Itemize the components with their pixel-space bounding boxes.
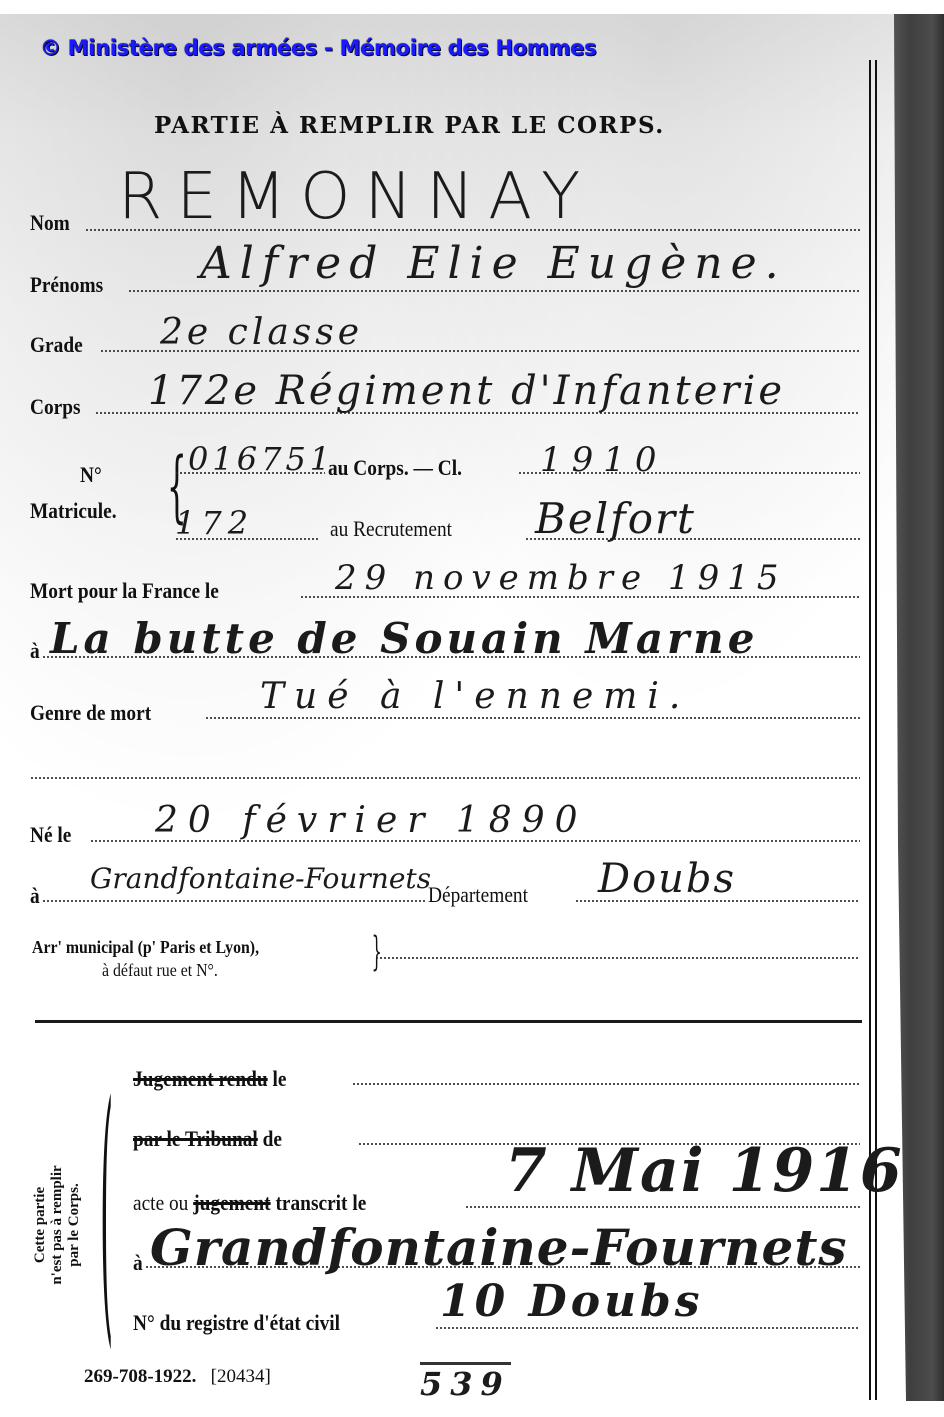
arr-brace: } (372, 932, 382, 972)
field-line-arr-municipal (375, 957, 860, 959)
label-grade: Grade (30, 332, 83, 358)
label-arr-municipal: Arr' municipal (p' Paris et Lyon), (32, 937, 259, 958)
label-au-corps: au Corps. — Cl. (328, 455, 462, 481)
value-date-naissance: 20 février 1890 (155, 800, 588, 841)
label-acte-transcrit: acte ou jugement transcrit le (133, 1190, 366, 1216)
form-title: PARTIE À REMPLIR PAR LE CORPS. (154, 112, 665, 139)
label-a-deces: à (30, 638, 40, 664)
label-registre: N° du registre d'état civil (133, 1310, 340, 1336)
field-line-prenoms (128, 290, 860, 292)
label-genre-de-mort: Genre de mort (30, 700, 151, 726)
value-date-transcription: 7 Mai 1916 (505, 1136, 904, 1206)
value-recrutement: Belfort (535, 494, 696, 543)
label-par-tribunal: par le Tribunal de (133, 1126, 282, 1152)
side-note: Cette partie n'est pas à remplir par le … (32, 1120, 83, 1330)
field-line-genre-de-mort (205, 717, 860, 719)
section-divider (35, 1020, 862, 1023)
value-registre: 10 Doubs (440, 1276, 704, 1327)
label-prenoms: Prénoms (30, 272, 103, 298)
label-no: N° (80, 462, 102, 488)
label-departement: Département (428, 882, 528, 908)
value-date-deces: 29 novembre 1915 (335, 558, 786, 598)
field-line-registre (435, 1327, 860, 1329)
field-line-jugement (352, 1083, 860, 1085)
value-classe: 1910 (540, 440, 667, 480)
value-lieu-transcription: Grandfontaine-Fournets (150, 1218, 848, 1277)
value-nom: REMONNAY (118, 160, 594, 234)
label-au-recrutement: au Recrutement (330, 516, 452, 542)
value-genre-de-mort: Tué à l'ennemi. (260, 676, 690, 717)
civil-brace: ( (100, 1070, 113, 1350)
label-ne-le: Né le (30, 822, 71, 848)
value-matricule-recrutement: 172 (175, 504, 254, 542)
label-corps: Corps (30, 394, 81, 420)
label-a-naissance: à (30, 883, 40, 909)
value-lieu-deces: La butte de Souain Marne (50, 614, 758, 663)
field-line-blank (30, 777, 860, 779)
value-lieu-naissance: Grandfontaine-Fournets (90, 862, 431, 895)
label-nom: Nom (30, 210, 70, 236)
label-matricule: Matricule. (30, 498, 117, 524)
label-jugement-rendu: Jugement rendu le (133, 1066, 286, 1092)
copyright-watermark: © Ministère des armées - Mémoire des Hom… (40, 36, 596, 60)
label-a-transcription: à (133, 1250, 143, 1276)
value-matricule-corps: 016751 (188, 440, 334, 478)
value-corps: 172e Régiment d'Infanterie (148, 368, 785, 414)
value-prenoms: Alfred Elie Eugène. (200, 238, 787, 289)
field-line-date-transcription (465, 1206, 860, 1208)
printer-reference: 269-708-1922. [20434] (84, 1366, 271, 1388)
handwritten-number: 539 (420, 1362, 511, 1403)
value-grade: 2e classe (160, 312, 363, 353)
value-departement: Doubs (598, 856, 736, 902)
field-line-lieu-naissance (42, 900, 427, 902)
label-mort-pour-la-france: Mort pour la France le (30, 578, 219, 604)
label-a-defaut: à défaut rue et N°. (102, 960, 218, 981)
